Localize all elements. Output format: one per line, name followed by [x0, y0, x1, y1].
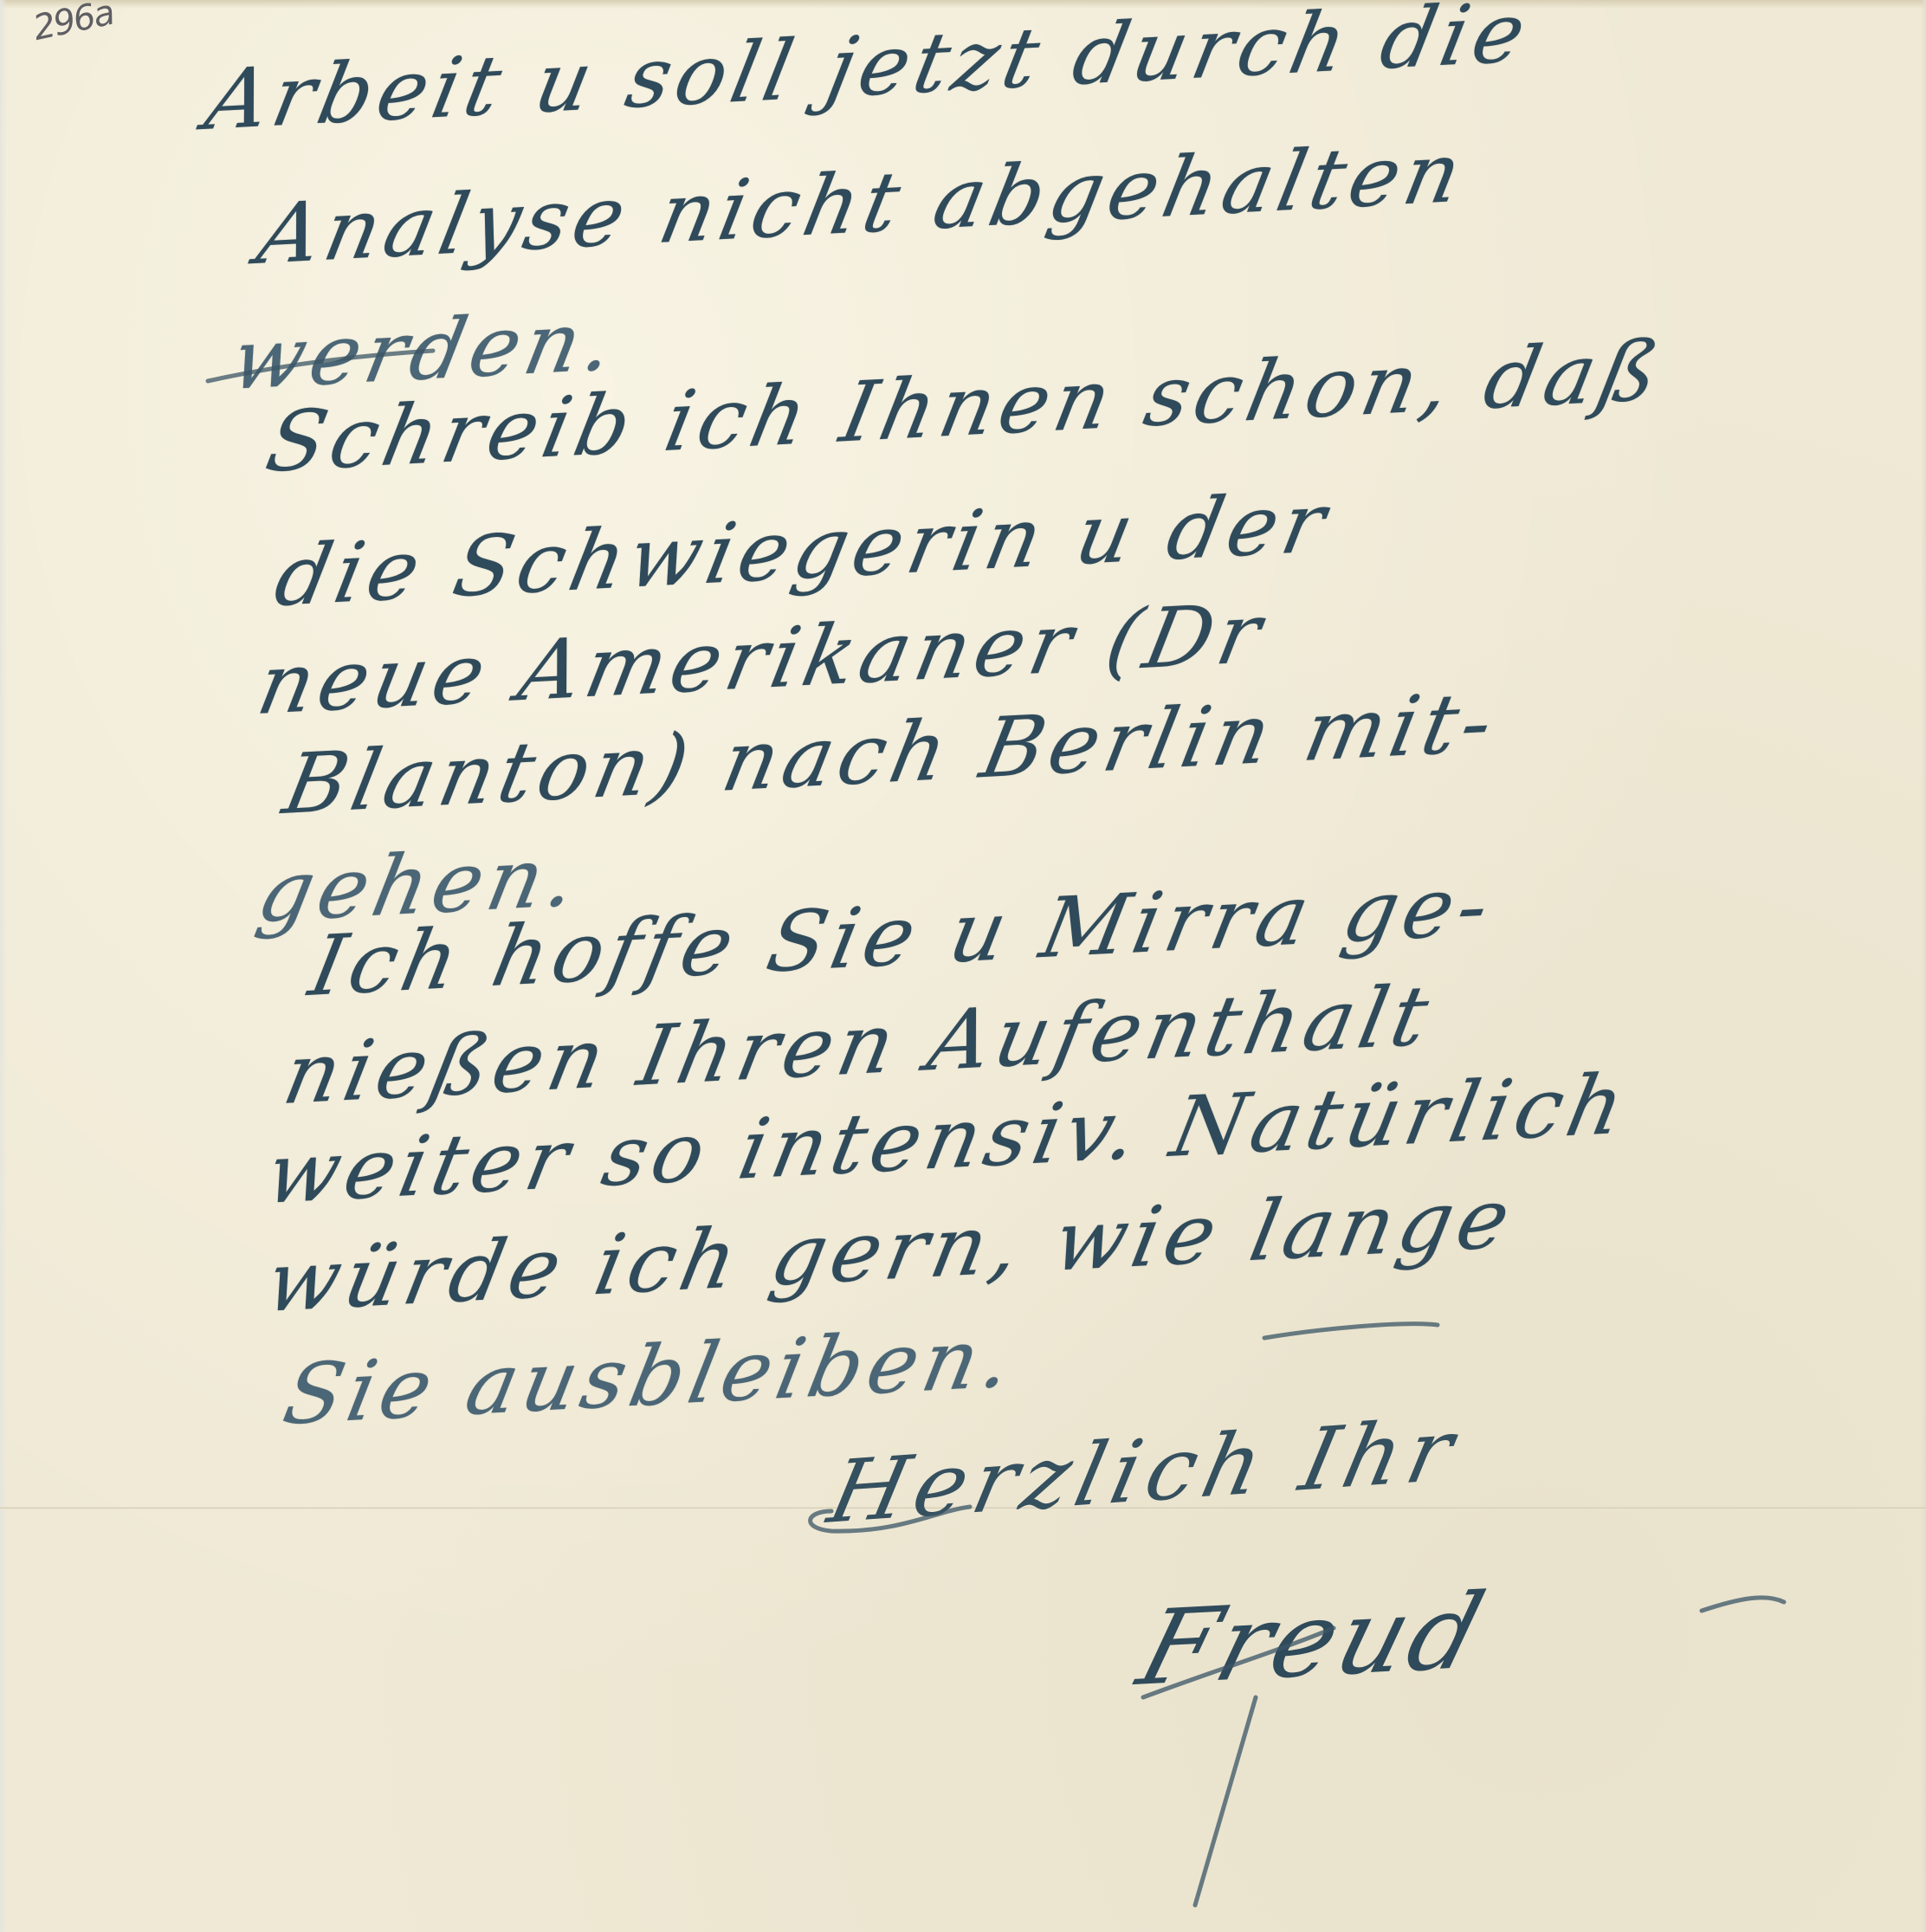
signature-tail-stroke [1702, 1598, 1784, 1611]
line-end-flourish [208, 351, 433, 381]
closing-flourish [811, 1507, 970, 1531]
signature-descender [1195, 1697, 1256, 1905]
line-end-flourish [1264, 1324, 1438, 1338]
pen-flourishes [0, 0, 1926, 1932]
signature-underline-stroke [1143, 1628, 1334, 1697]
letter-body: Arbeit u soll jetzt durch die Analyse ni… [0, 0, 1926, 1932]
